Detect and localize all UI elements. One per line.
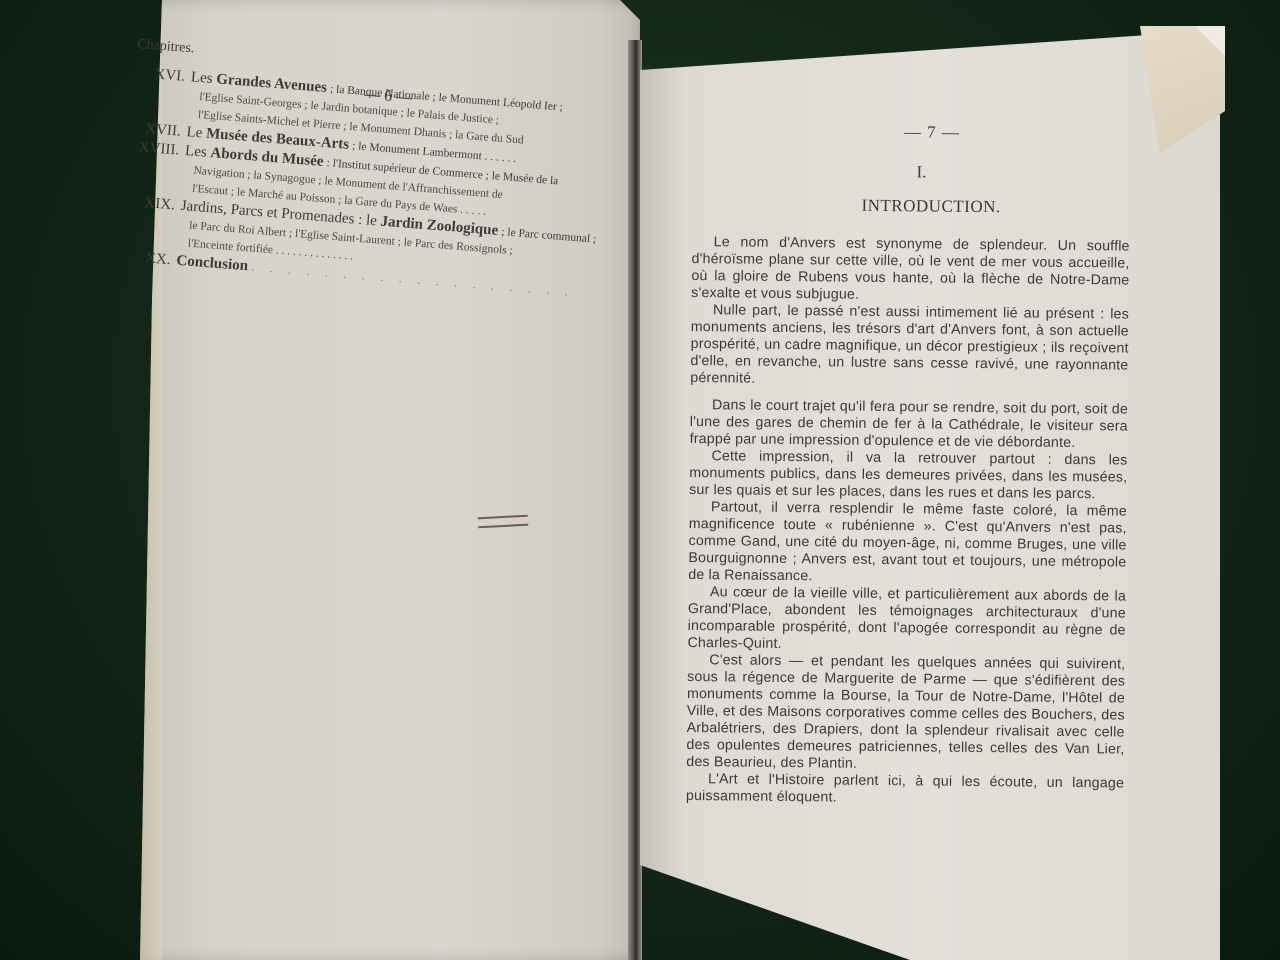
paragraph: Dans le court trajet qu'il fera pour se … [690,397,1129,453]
paragraph: Cette impression, il va la retrouver par… [689,448,1128,504]
body-text: Le nom d'Anvers est synonyme de splendeu… [686,234,1130,810]
table-of-contents: Chapitres. — 6 — XVI.Les Grandes Avenues… [120,36,637,305]
toc-number: XVIII. [129,138,180,160]
paragraph: C'est alors — et pendant les quelques an… [686,652,1125,776]
paragraph: Partout, il verra resplendir le même fas… [688,499,1127,589]
paragraph: Nulle part, le passé n'est aussi intimem… [690,302,1129,392]
paragraph: L'Art et l'Histoire parlent ici, à qui l… [686,771,1124,810]
paragraph: Le nom d'Anvers est synonyme de splendeu… [691,234,1130,307]
chapter-numeral: I. [712,160,1130,184]
toc-number: XIX. [124,193,175,215]
toc-number: XVI. [134,64,185,86]
book-spine [628,40,642,960]
right-page-number: — 7 — [733,120,1131,144]
paragraph: Au cœur de la vieille ville, et particul… [687,584,1126,657]
toc-number: XX. [120,247,171,269]
chapter-title: INTRODUCTION. [732,194,1130,218]
right-page-content: — 7 — I. INTRODUCTION. Le nom d'Anvers e… [686,120,1131,810]
